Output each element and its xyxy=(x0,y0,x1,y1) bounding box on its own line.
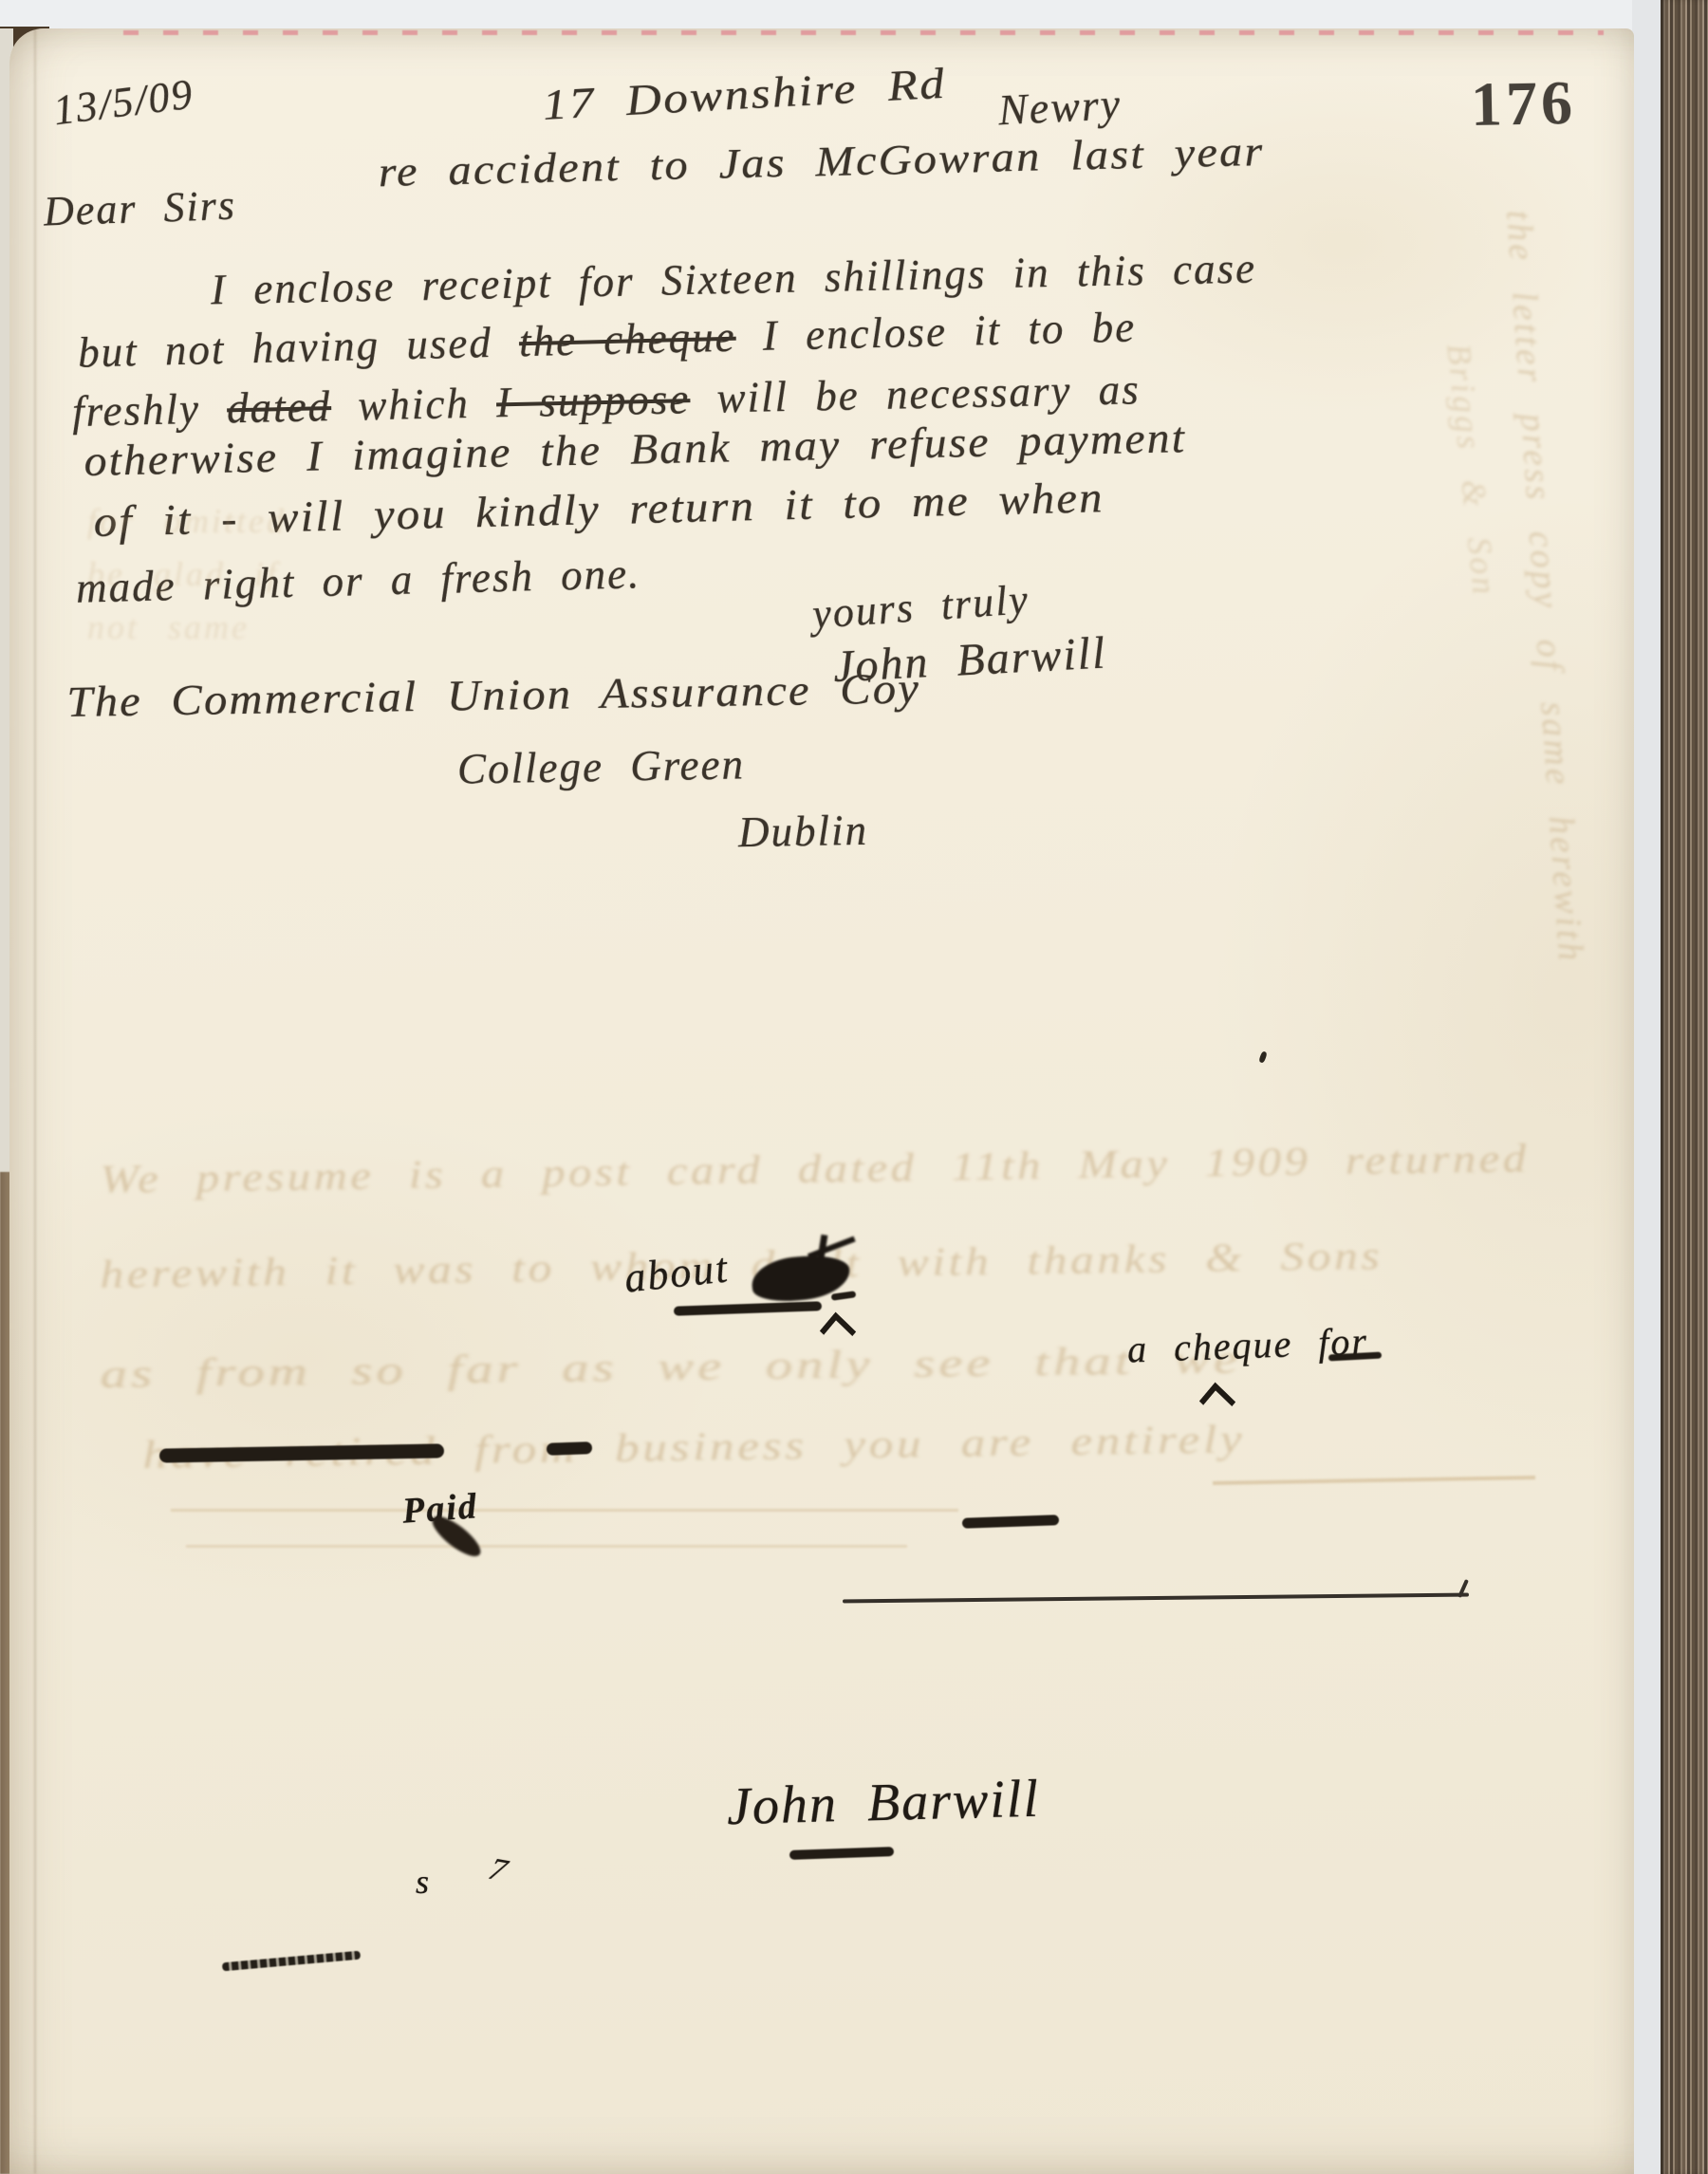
bleedthrough-vertical-1: the letter press copy of same herewith xyxy=(1497,209,1591,965)
hook-mark: 7 xyxy=(484,1851,513,1889)
red-edge-tint xyxy=(123,30,1604,35)
subject-line: re accident to Jas McGowran last year xyxy=(378,127,1265,196)
bleedthrough-fragment: for omitted xyxy=(87,501,287,541)
letter-page: 176 13/5/09 17 Downshire Rd Newry re acc… xyxy=(9,28,1634,2174)
closing: yours truly xyxy=(811,575,1031,639)
recipient-company: The Commercial Union Assurance Coy xyxy=(66,663,920,727)
book-page-stack-edge xyxy=(1661,0,1708,2174)
backing-strip-right xyxy=(1632,0,1661,2174)
body-line-2-struck: the cheque xyxy=(518,313,736,366)
bleedthrough-rule-2 xyxy=(186,1545,907,1548)
cheque-for-text: a cheque for xyxy=(1126,1320,1368,1371)
body-line-3-s2: which xyxy=(331,379,497,430)
letter-date: 13/5/09 xyxy=(50,69,196,135)
body-line-3-struck1: dated xyxy=(227,382,332,432)
heavy-dash xyxy=(547,1441,592,1456)
bleedthrough-fragment: not same xyxy=(87,607,250,647)
bleedthrough-line-2: herewith it was to whom dealt with thank… xyxy=(100,1234,1383,1298)
signature-2-underline xyxy=(789,1847,894,1860)
caret-mark-2 xyxy=(1199,1383,1235,1421)
body-line-2-post: I enclose it to be xyxy=(735,303,1137,360)
bleedthrough-vertical-2: Briggs & Son xyxy=(1439,342,1505,599)
bleedthrough-underline xyxy=(1213,1476,1535,1485)
signature-2: John Barwill xyxy=(726,1769,1040,1838)
page-number-stamp: 176 xyxy=(1470,67,1576,141)
ink-speck xyxy=(1258,1050,1268,1063)
scanner-backing-top xyxy=(0,0,1708,32)
salutation: Dear Sirs xyxy=(43,180,237,235)
bleedthrough-line-1: We presume is a post card dated 11th May… xyxy=(100,1136,1530,1203)
small-dash-about xyxy=(831,1291,857,1301)
scratch-line xyxy=(222,1951,361,1972)
subject-text: re accident to Jas McGowran last year xyxy=(378,128,1265,195)
mark-s: s xyxy=(416,1862,431,1902)
bleedthrough-fragment: be glad if xyxy=(87,554,279,594)
sender-address: 17 Downshire Rd xyxy=(541,58,948,130)
heavy-underline-about xyxy=(674,1301,822,1315)
annotation-about: about xyxy=(622,1243,732,1302)
recipient-street: College Green xyxy=(457,739,746,793)
medium-dash xyxy=(962,1514,1059,1529)
scanned-letterbook-photo: { "page": { "number": "176" }, "letter":… xyxy=(0,0,1708,2174)
body-line-3-s1: freshly xyxy=(72,384,228,435)
gutter-crease xyxy=(34,28,36,2174)
bleedthrough-line-3: as from so far as we only see that we xyxy=(100,1337,1242,1398)
sender-town: Newry xyxy=(997,79,1123,136)
dash-after-cheque-for xyxy=(1328,1352,1382,1362)
body-line-2-pre: but not having used xyxy=(78,318,520,376)
body-line-3-struck2: I suppose xyxy=(496,375,691,426)
annotation-cheque-for: a cheque for xyxy=(1126,1319,1368,1372)
recipient-city: Dublin xyxy=(738,806,869,857)
bleedthrough-rule-1 xyxy=(171,1509,958,1512)
long-thin-rule xyxy=(843,1593,1469,1604)
body-line-3-s3: will be necessary as xyxy=(690,365,1141,422)
